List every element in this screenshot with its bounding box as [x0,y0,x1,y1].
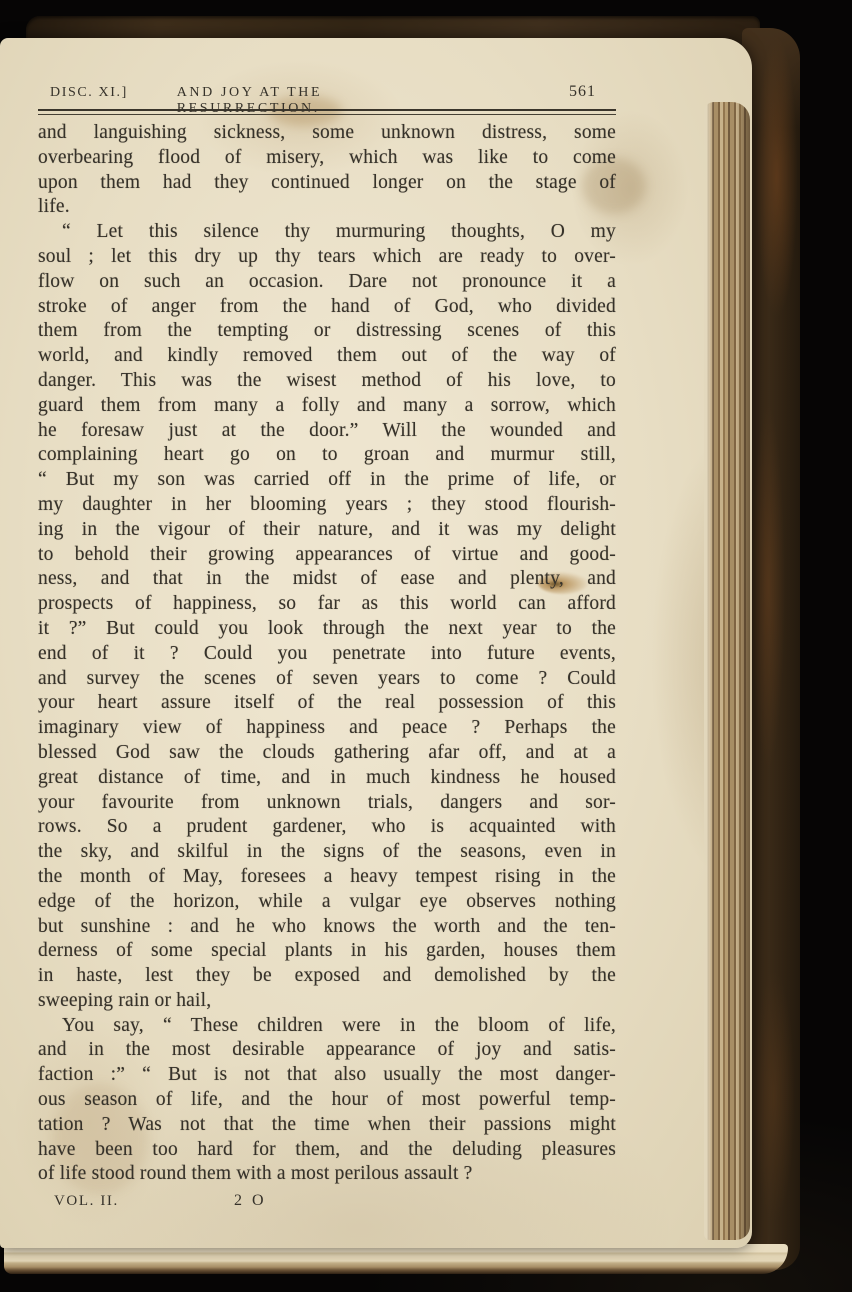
page-fore-edge [704,102,750,1240]
text-line: “ Let this silence thy murmuring thought… [38,220,616,245]
text-line: the month of May, foresees a heavy tempe… [38,865,616,890]
paragraph: You say, “ These children were in the bl… [38,1014,616,1188]
text-line: your heart assure itself of the real pos… [38,691,616,716]
text-line: overbearing flood of misery, which was l… [38,146,616,171]
text-line: and in the most desirable appearance of … [38,1038,616,1063]
running-header: DISC. XI.] AND JOY AT THE RESURRECTION. … [38,82,616,108]
text-line: them from the tempting or distressing sc… [38,319,616,344]
text-line: of life stood round them with a most per… [38,1162,616,1187]
text-line: faction :” “ But is not that also usuall… [38,1063,616,1088]
text-line: and languishing sickness, some unknown d… [38,121,616,146]
text-line: ing in the vigour of their nature, and i… [38,518,616,543]
text-line: have been too hard for them, and the del… [38,1138,616,1163]
paragraph: “ Let this silence thy murmuring thought… [38,220,616,1014]
page-footer: VOL. II. 2 O [38,1190,616,1216]
text-line: ness, and that in the midst of ease and … [38,567,616,592]
text-line: danger. This was the wisest method of hi… [38,369,616,394]
book-page: DISC. XI.] AND JOY AT THE RESURRECTION. … [0,38,752,1248]
header-discourse-label: DISC. XI.] [50,85,128,101]
text-line: the sky, and skilful in the signs of the… [38,840,616,865]
text-line: to behold their growing appearances of v… [38,543,616,568]
text-line: ous season of life, and the hour of most… [38,1088,616,1113]
text-line: tation ? Was not that the time when thei… [38,1113,616,1138]
text-line: “ But my son was carried off in the prim… [38,468,616,493]
paragraph: and languishing sickness, some unknown d… [38,121,616,220]
text-line: upon them had they continued longer on t… [38,171,616,196]
text-line: your favourite from unknown trials, dang… [38,791,616,816]
page-content: DISC. XI.] AND JOY AT THE RESURRECTION. … [38,82,616,1216]
text-line: and survey the scenes of seven years to … [38,667,616,692]
signature-mark: 2 O [234,1192,267,1210]
text-line: he foresaw just at the door.” Will the w… [38,419,616,444]
text-line: prospects of happiness, so far as this w… [38,592,616,617]
text-line: edge of the horizon, while a vulgar eye … [38,890,616,915]
text-line: blessed God saw the clouds gathering afa… [38,741,616,766]
text-line: great distance of time, and in much kind… [38,766,616,791]
text-line: end of it ? Could you penetrate into fut… [38,642,616,667]
body-text: and languishing sickness, some unknown d… [38,121,616,1187]
text-line: rows. So a prudent gardener, who is acqu… [38,815,616,840]
header-title: AND JOY AT THE RESURRECTION. [177,85,466,117]
text-line: guard them from many a folly and many a … [38,394,616,419]
book-photo: DISC. XI.] AND JOY AT THE RESURRECTION. … [0,0,852,1292]
text-line: derness of some special plants in his ga… [38,939,616,964]
text-line: stroke of anger from the hand of God, wh… [38,295,616,320]
text-line: world, and kindly removed them out of th… [38,344,616,369]
page-number: 561 [569,83,596,101]
text-line: imaginary view of happiness and peace ? … [38,716,616,741]
text-line: sweeping rain or hail, [38,989,616,1014]
text-line: soul ; let this dry up thy tears which a… [38,245,616,270]
text-line: flow on such an occasion. Dare not prono… [38,270,616,295]
text-line: complaining heart go on to groan and mur… [38,443,616,468]
text-line: my daughter in her blooming years ; they… [38,493,616,518]
text-line: life. [38,195,616,220]
text-line: You say, “ These children were in the bl… [38,1014,616,1039]
page-bottom-edges [4,1244,788,1274]
volume-label: VOL. II. [54,1193,119,1210]
text-line: in haste, lest they be exposed and demol… [38,964,616,989]
text-line: but sunshine : and he who knows the wort… [38,915,616,940]
text-line: it ?” But could you look through the nex… [38,617,616,642]
